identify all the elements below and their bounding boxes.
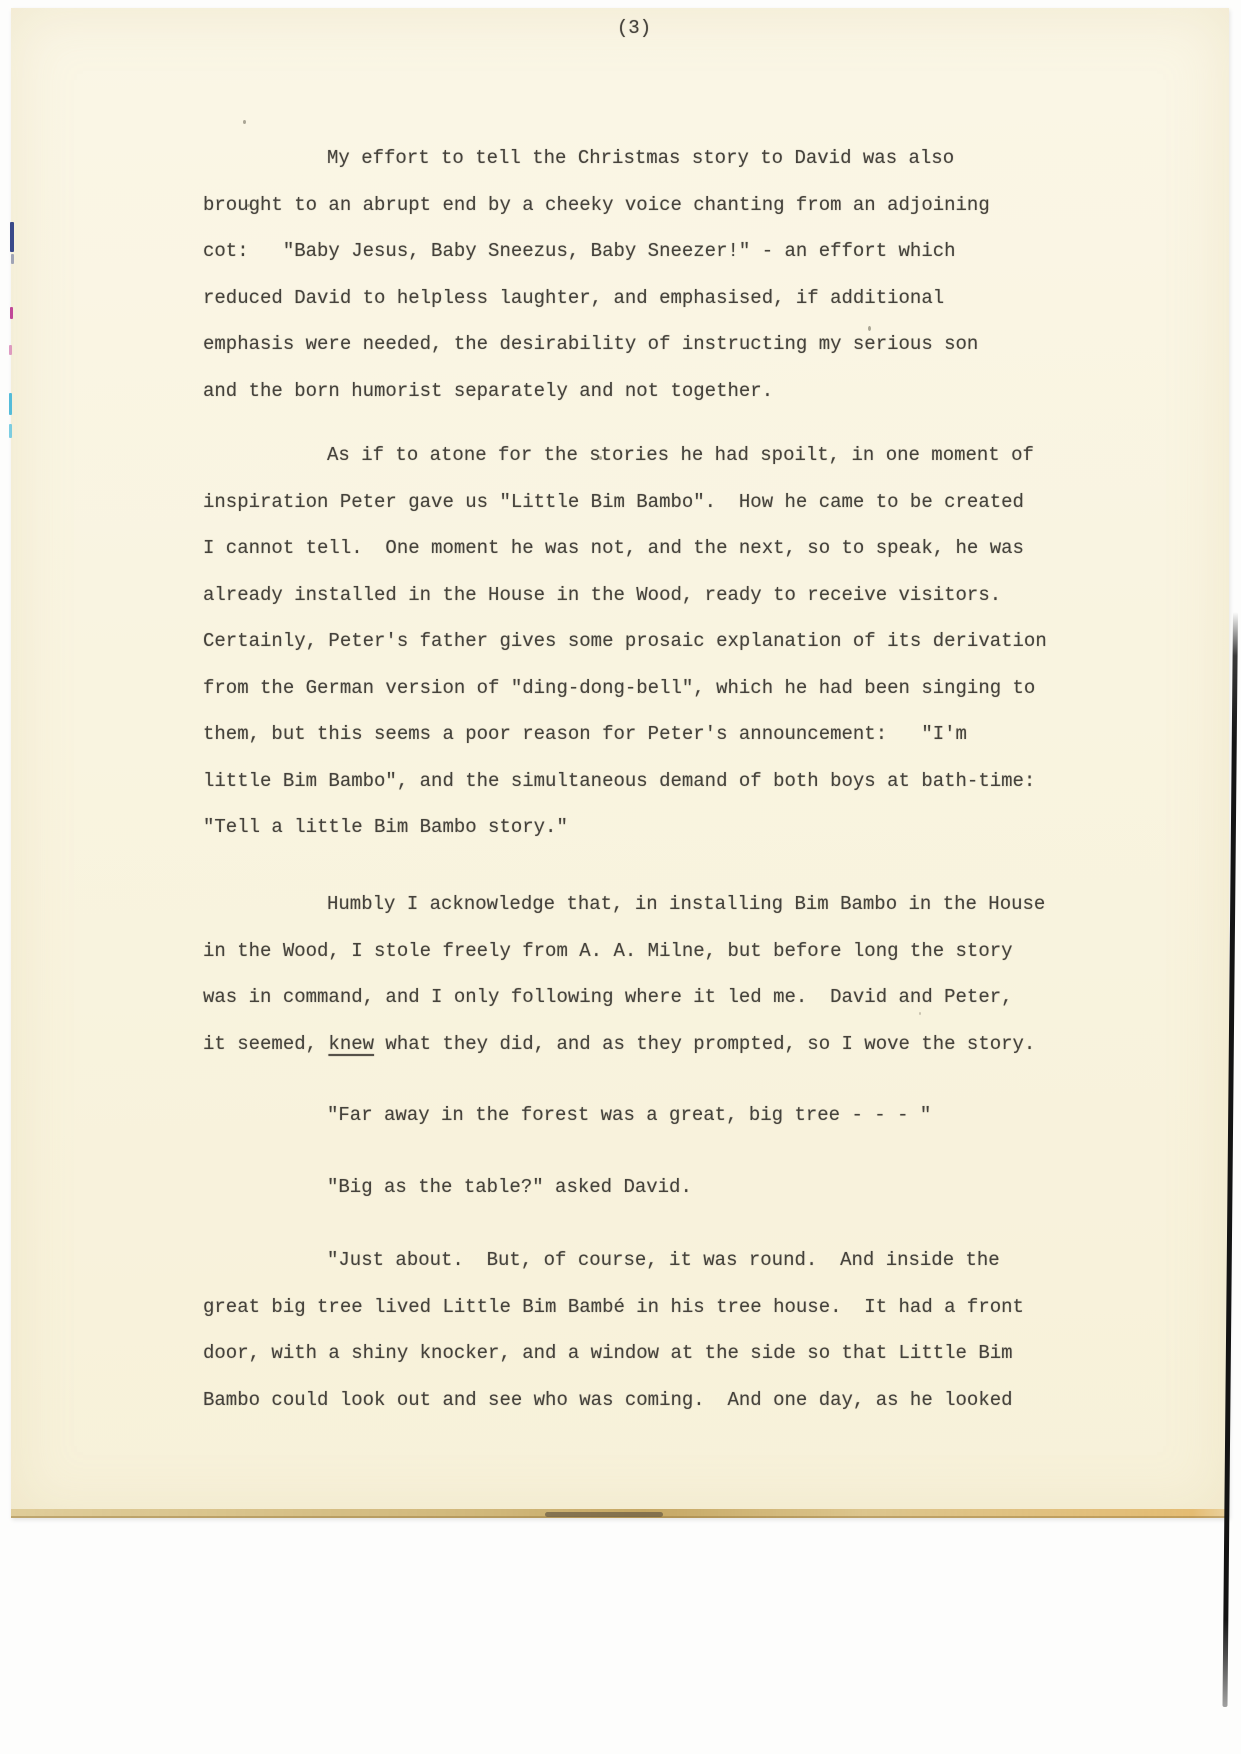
typescript-line: "Just about. But, of course, it was roun… xyxy=(203,1237,1103,1284)
typescript-line: Bambo could look out and see who was com… xyxy=(203,1377,1103,1424)
typescript-line: already installed in the House in the Wo… xyxy=(203,572,1103,619)
typescript-line: in the Wood, I stole freely from A. A. M… xyxy=(203,928,1103,975)
scan-artifact-blue xyxy=(10,222,14,252)
typescript-line: and the born humorist separately and not… xyxy=(203,368,1103,415)
typescript-line: great big tree lived Little Bim Bambé in… xyxy=(203,1284,1103,1331)
underlined-word: knew xyxy=(328,1033,374,1055)
text-segment: already installed in the House in the Wo… xyxy=(203,584,1001,606)
text-segment: was in command, and I only following whe… xyxy=(203,986,1013,1008)
text-segment: reduced David to helpless laughter, and … xyxy=(203,287,944,309)
text-segment: cot: "Baby Jesus, Baby Sneezus, Baby Sne… xyxy=(203,240,956,262)
scan-artifact-blue xyxy=(11,254,14,264)
text-segment: As if to atone for the stories he had sp… xyxy=(327,444,1034,466)
text-segment: emphasis were needed, the desirability o… xyxy=(203,333,978,355)
typescript-line: I cannot tell. One moment he was not, an… xyxy=(203,525,1103,572)
typescript-body: My effort to tell the Christmas story to… xyxy=(11,8,1229,1518)
paper-edge-smudge xyxy=(545,1512,663,1517)
text-segment: I cannot tell. One moment he was not, an… xyxy=(203,537,1024,559)
text-segment: brought to an abrupt end by a cheeky voi… xyxy=(203,194,990,216)
typescript-line: cot: "Baby Jesus, Baby Sneezus, Baby Sne… xyxy=(203,228,1103,275)
text-segment: Bambo could look out and see who was com… xyxy=(203,1389,1013,1411)
typescript-line: it seemed, knew what they did, and as th… xyxy=(203,1021,1103,1068)
ink-speck xyxy=(599,456,602,460)
typescript-line: "Big as the table?" asked David. xyxy=(203,1164,1103,1211)
text-segment: inspiration Peter gave us "Little Bim Ba… xyxy=(203,491,1024,513)
typescript-sheet: (3) My effort to tell the Christmas stor… xyxy=(11,8,1229,1518)
text-segment: "Far away in the forest was a great, big… xyxy=(327,1104,931,1126)
text-segment: "Big as the table?" asked David. xyxy=(327,1176,692,1198)
scan-artifact-cyan xyxy=(9,393,12,415)
typescript-line: Humbly I acknowledge that, in installing… xyxy=(203,881,1103,928)
paragraph: "Big as the table?" asked David. xyxy=(203,1164,1103,1211)
paragraph: "Just about. But, of course, it was roun… xyxy=(203,1237,1103,1423)
paragraph: My effort to tell the Christmas story to… xyxy=(203,135,1103,414)
ink-speck xyxy=(919,1012,921,1015)
typescript-line: Certainly, Peter's father gives some pro… xyxy=(203,618,1103,665)
typescript-line: reduced David to helpless laughter, and … xyxy=(203,275,1103,322)
text-segment: "Tell a little Bim Bambo story." xyxy=(203,816,568,838)
typescript-line: door, with a shiny knocker, and a window… xyxy=(203,1330,1103,1377)
text-segment: Certainly, Peter's father gives some pro… xyxy=(203,630,1047,652)
text-segment: in the Wood, I stole freely from A. A. M… xyxy=(203,940,1013,962)
scan-artifact-pink xyxy=(9,345,12,355)
text-segment: and the born humorist separately and not… xyxy=(203,380,773,402)
text-segment: them, but this seems a poor reason for P… xyxy=(203,723,967,745)
typescript-line: little Bim Bambo", and the simultaneous … xyxy=(203,758,1103,805)
typescript-line: brought to an abrupt end by a cheeky voi… xyxy=(203,182,1103,229)
text-segment: it seemed, xyxy=(203,1033,328,1055)
paragraph: As if to atone for the stories he had sp… xyxy=(203,432,1103,851)
ink-speck xyxy=(243,120,246,124)
typescript-line: was in command, and I only following whe… xyxy=(203,974,1103,1021)
text-segment: door, with a shiny knocker, and a window… xyxy=(203,1342,1013,1364)
text-segment: My effort to tell the Christmas story to… xyxy=(327,147,954,169)
ink-speck xyxy=(868,326,871,331)
typescript-line: My effort to tell the Christmas story to… xyxy=(203,135,1103,182)
paragraph: Humbly I acknowledge that, in installing… xyxy=(203,881,1103,1067)
typescript-line: emphasis were needed, the desirability o… xyxy=(203,321,1103,368)
scanned-page-background: (3) My effort to tell the Christmas stor… xyxy=(0,0,1241,1754)
typescript-line: inspiration Peter gave us "Little Bim Ba… xyxy=(203,479,1103,526)
text-segment: what they did, and as they prompted, so … xyxy=(374,1033,1035,1055)
typescript-line: from the German version of "ding-dong-be… xyxy=(203,665,1103,712)
typescript-line: them, but this seems a poor reason for P… xyxy=(203,711,1103,758)
typescript-line: As if to atone for the stories he had sp… xyxy=(203,432,1103,479)
text-segment: Humbly I acknowledge that, in installing… xyxy=(327,893,1045,915)
text-segment: great big tree lived Little Bim Bambé in… xyxy=(203,1296,1024,1318)
typescript-line: "Tell a little Bim Bambo story." xyxy=(203,804,1103,851)
typescript-line: "Far away in the forest was a great, big… xyxy=(203,1092,1103,1139)
text-segment: little Bim Bambo", and the simultaneous … xyxy=(203,770,1035,792)
text-segment: "Just about. But, of course, it was roun… xyxy=(327,1249,1000,1271)
paragraph: "Far away in the forest was a great, big… xyxy=(203,1092,1103,1139)
scan-artifact-magenta xyxy=(10,307,13,319)
scan-artifact-cyan xyxy=(9,424,12,438)
text-segment: from the German version of "ding-dong-be… xyxy=(203,677,1035,699)
ink-speck xyxy=(247,204,250,207)
